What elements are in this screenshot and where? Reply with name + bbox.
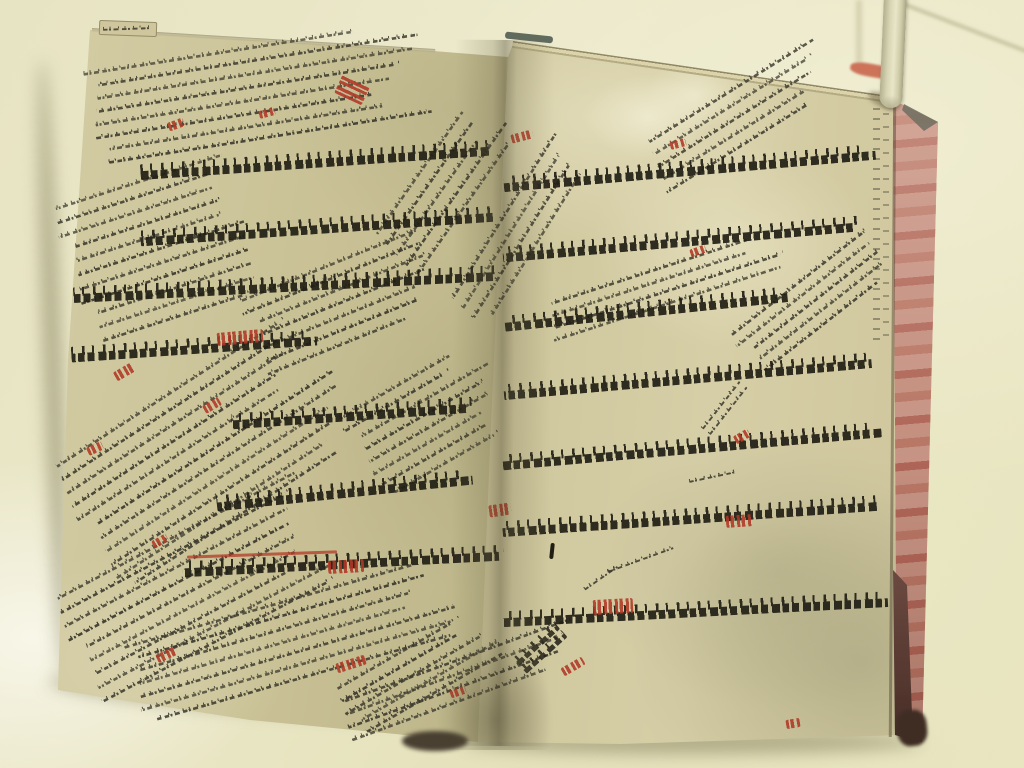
rod-cast-shadow-vertical (856, 0, 862, 64)
red-annotation-23 (785, 717, 800, 728)
manuscript-photo (0, 0, 1024, 768)
red-annotation-19 (726, 514, 753, 528)
note-line (103, 25, 151, 31)
gutter-shadow-bottom (430, 600, 560, 750)
note-block-6 (103, 25, 151, 35)
red-annotation-9 (328, 559, 365, 574)
fore-edge-bottom-corner (895, 709, 929, 748)
red-annotation-18 (593, 597, 634, 614)
photo-canvas: { "scene_description": "Photograph of an… (0, 0, 1024, 768)
